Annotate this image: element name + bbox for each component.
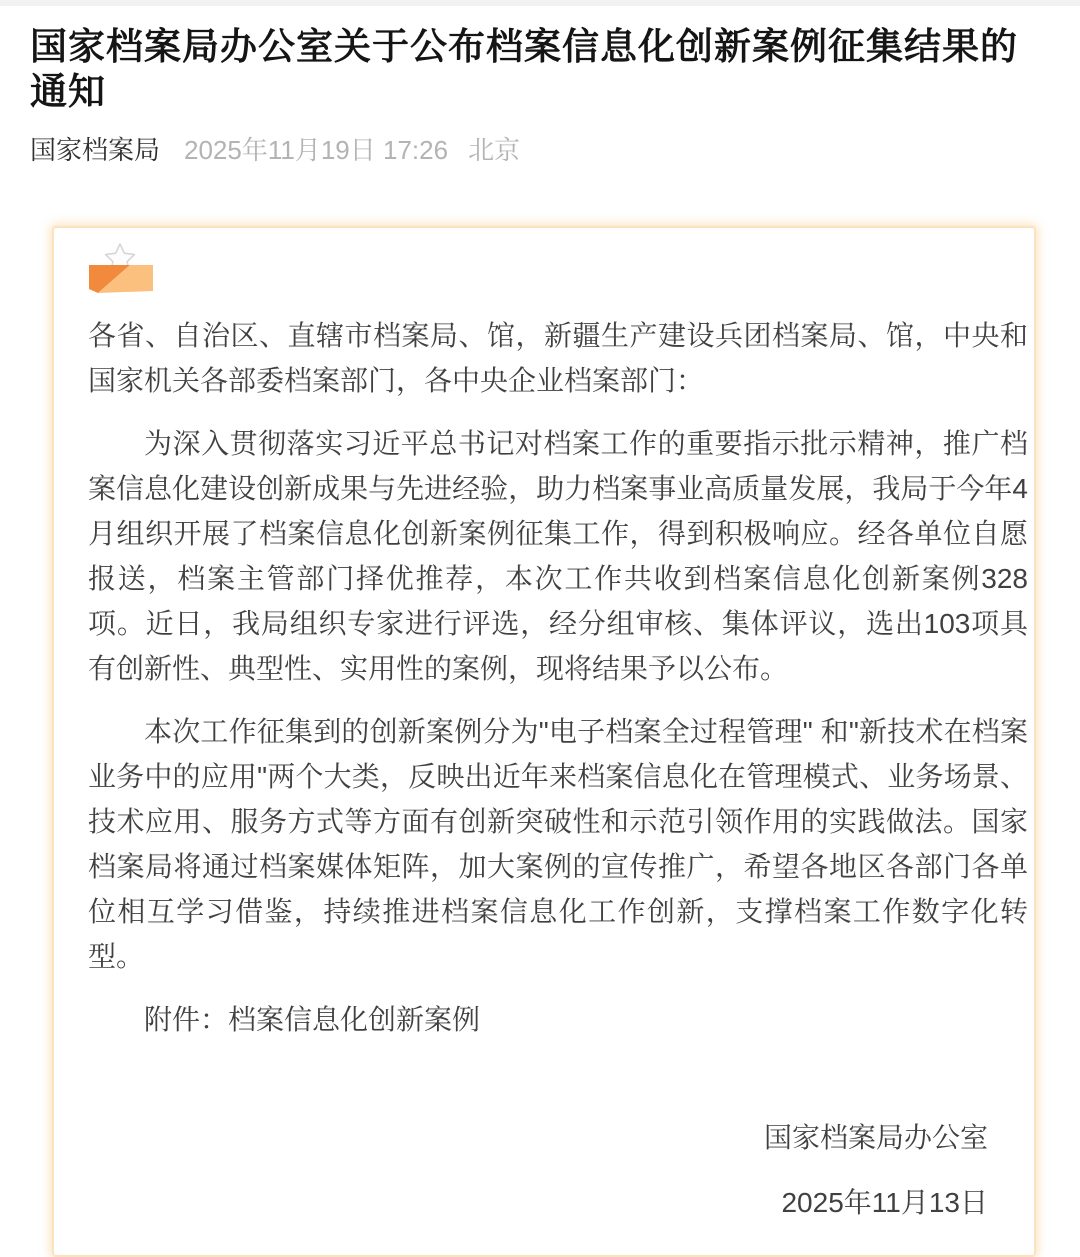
body-paragraph: 本次工作征集到的创新案例分为"电子档案全过程管理" 和"新技术在档案业务中的应用… <box>88 709 1028 979</box>
signature-issuer: 国家档案局办公室 <box>88 1115 1028 1160</box>
salutation-paragraph: 各省、自治区、直辖市档案局、馆，新疆生产建设兵团档案局、馆，中央和国家机关各部委… <box>88 313 1028 403</box>
publish-location: 北京 <box>468 136 520 165</box>
attachment-line: 附件：档案信息化创新案例 <box>88 997 1028 1042</box>
article-header: 国家档案局办公室关于公布档案信息化创新案例征集结果的通知 国家档案局 2025年… <box>0 24 1080 165</box>
source-account-link[interactable]: 国家档案局 <box>30 136 160 165</box>
bookmark-flag-star-icon <box>88 243 154 297</box>
body-paragraph: 为深入贯彻落实习近平总书记对档案工作的重要指示批示精神，推广档案信息化建设创新成… <box>88 421 1028 691</box>
notice-card: 各省、自治区、直辖市档案局、馆，新疆生产建设兵团档案局、馆，中央和国家机关各部委… <box>52 226 1036 1257</box>
top-divider <box>0 0 1080 6</box>
page-title: 国家档案局办公室关于公布档案信息化创新案例征集结果的通知 <box>30 24 1050 114</box>
byline: 国家档案局 2025年11月19日 17:26 北京 <box>30 136 1050 165</box>
publish-datetime: 2025年11月19日 17:26 <box>184 136 448 165</box>
signature-date: 2025年11月13日 <box>88 1180 1028 1225</box>
